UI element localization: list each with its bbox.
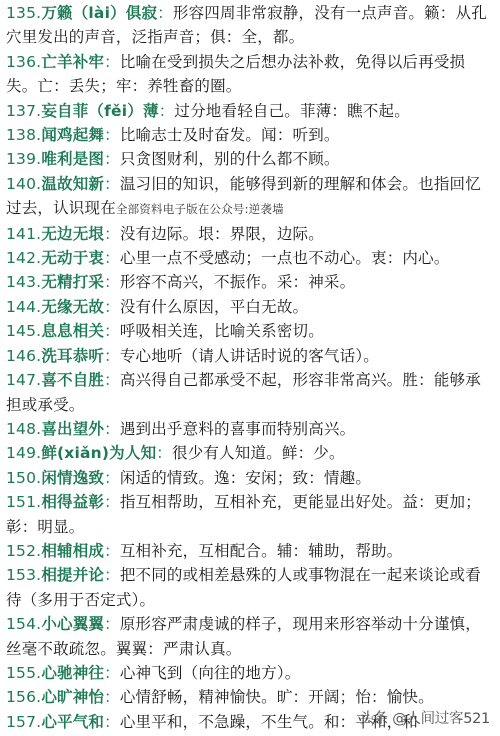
idiom-term: 心驰神往 xyxy=(41,664,104,682)
entry-number: 142. xyxy=(6,249,41,267)
colon: ： xyxy=(104,298,120,316)
list-item: 147.喜不自胜：高兴得自己都承受不起，形容非常高兴。胜：能够承担或承受。 xyxy=(6,368,494,417)
list-item: 149.鲜(xiǎn)为人知：很少有人知道。鲜：少。 xyxy=(6,441,494,465)
idiom-term: 温故知新 xyxy=(41,175,104,193)
idiom-term: 洗耳恭听 xyxy=(41,347,104,365)
list-item: 154.小心翼翼：原形容严肃虔诚的样子，现用来形容举动十分谨慎，丝毫不敢疏忽。翼… xyxy=(6,612,494,661)
list-item: 140.温故知新：温习旧的知识，能够得到新的理解和体会。也指回忆过去，认识现在全… xyxy=(6,172,494,222)
idiom-definition: 专心地听（请人讲话时说的客气话）。 xyxy=(120,347,379,365)
idiom-definition: 心情舒畅，精神愉快。旷：开阔；怡：愉快。 xyxy=(120,688,434,706)
list-item: 139.唯利是图：只贪图财利，别的什么都不顾。 xyxy=(6,147,494,171)
list-item: 155.心驰神往：心神飞到（向往的地方）。 xyxy=(6,661,494,685)
colon: ： xyxy=(104,420,120,438)
list-item: 151.相得益彰：指互相帮助，互相补充，更能显出好处。益：更加；彰：明显。 xyxy=(6,490,494,539)
idiom-term: 小心翼翼 xyxy=(41,615,104,633)
idiom-list: 135.万籁（lài）俱寂：形容四周非常寂静，没有一点声音。籁：从孔穴里发出的声… xyxy=(0,0,500,734)
list-item: 153.相提并论：把不同的或相差悬殊的人或事物混在一起来谈论或看待（多用于否定式… xyxy=(6,563,494,612)
idiom-definition: 过分地看轻自己。菲薄：瞧不起。 xyxy=(174,102,410,120)
colon: ： xyxy=(104,126,120,144)
idiom-term: 心旷神怡 xyxy=(41,688,104,706)
idiom-definition: 很少有人知道。鲜：少。 xyxy=(172,444,345,462)
idiom-definition: 心里一点不受感动；一点也不动心。衷：内心。 xyxy=(120,249,450,267)
colon: ： xyxy=(104,371,120,389)
idiom-definition: 没有什么原因，平白无故。 xyxy=(120,298,308,316)
idiom-definition: 心神飞到（向往的地方）。 xyxy=(120,664,301,682)
entry-number: 152. xyxy=(6,542,41,560)
colon: ： xyxy=(156,444,172,462)
entry-number: 144. xyxy=(6,298,41,316)
idiom-term: 相辅相成 xyxy=(41,542,104,560)
idiom-term: 相提并论 xyxy=(41,566,104,584)
idiom-term: 息息相关 xyxy=(41,322,104,340)
idiom-term: 无精打采 xyxy=(41,273,104,291)
entry-number: 135. xyxy=(6,4,41,22)
idiom-term: 相得益彰 xyxy=(41,493,104,511)
idiom-term: 闲情逸致 xyxy=(41,469,104,487)
entry-number: 153. xyxy=(6,566,41,584)
entry-number: 150. xyxy=(6,469,41,487)
idiom-term: 闻鸡起舞 xyxy=(41,126,104,144)
entry-number: 143. xyxy=(6,273,41,291)
colon: ： xyxy=(104,615,120,633)
colon: ： xyxy=(104,150,120,168)
entry-number: 148. xyxy=(6,420,41,438)
idiom-definition: 闲适的情致。逸：安闲；致：情趣。 xyxy=(120,469,371,487)
entry-number: 157. xyxy=(6,713,41,731)
entry-number: 141. xyxy=(6,225,41,243)
idiom-definition: 比喻志士及时奋发。闻：听到。 xyxy=(120,126,340,144)
colon: ： xyxy=(104,713,120,731)
entry-number: 140. xyxy=(6,175,41,193)
colon: ： xyxy=(104,249,120,267)
list-item: 148.喜出望外：遇到出乎意料的喜事而特别高兴。 xyxy=(6,417,494,441)
colon: ： xyxy=(104,493,120,511)
entry-number: 154. xyxy=(6,615,41,633)
idiom-term: 心平气和 xyxy=(41,713,104,731)
entry-number: 136. xyxy=(6,53,41,71)
list-item: 152.相辅相成：互相补充，互相配合。辅：辅助，帮助。 xyxy=(6,539,494,563)
idiom-definition: 呼吸相关连，比喻关系密切。 xyxy=(120,322,324,340)
list-item: 150.闲情逸致：闲适的情致。逸：安闲；致：情趣。 xyxy=(6,466,494,490)
colon: ： xyxy=(104,175,120,193)
entry-number: 139. xyxy=(6,150,41,168)
colon: ： xyxy=(104,664,120,682)
colon: ： xyxy=(104,225,120,243)
idiom-term: 亡羊补牢 xyxy=(41,53,104,71)
inline-watermark: 全部资料电子版在公众号:逆袭墙 xyxy=(116,202,284,216)
entry-number: 138. xyxy=(6,126,41,144)
idiom-term: 无边无垠 xyxy=(41,225,104,243)
entry-number: 156. xyxy=(6,688,41,706)
colon: ： xyxy=(104,469,120,487)
idiom-term: 无缘无故 xyxy=(41,298,104,316)
list-item: 145.息息相关：呼吸相关连，比喻关系密切。 xyxy=(6,319,494,343)
idiom-term: 无动于衷 xyxy=(41,249,104,267)
idiom-term: 喜不自胜 xyxy=(41,371,104,389)
colon: ： xyxy=(104,347,120,365)
idiom-definition: 形容不高兴，不振作。采：神采。 xyxy=(120,273,356,291)
idiom-term: 鲜(xiǎn)为人知 xyxy=(41,444,156,462)
idiom-definition: 没有边际。垠：界限，边际。 xyxy=(120,225,324,243)
entry-number: 151. xyxy=(6,493,41,511)
list-item: 135.万籁（lài）俱寂：形容四周非常寂静，没有一点声音。籁：从孔穴里发出的声… xyxy=(6,1,494,50)
entry-number: 147. xyxy=(6,371,41,389)
list-item: 141.无边无垠：没有边际。垠：界限，边际。 xyxy=(6,222,494,246)
idiom-definition: 遇到出乎意料的喜事而特别高兴。 xyxy=(120,420,356,438)
source-watermark: 头条 @人间过客521 xyxy=(360,707,491,728)
colon: ： xyxy=(104,566,120,584)
colon: ： xyxy=(157,4,173,22)
entry-number: 155. xyxy=(6,664,41,682)
entry-number: 145. xyxy=(6,322,41,340)
list-item: 143.无精打采：形容不高兴，不振作。采：神采。 xyxy=(6,270,494,294)
entry-number: 137. xyxy=(6,102,41,120)
entry-number: 146. xyxy=(6,347,41,365)
colon: ： xyxy=(104,53,120,71)
colon: ： xyxy=(104,273,120,291)
idiom-term: 妄自菲（fěi）薄 xyxy=(41,102,158,120)
entry-number: 149. xyxy=(6,444,41,462)
colon: ： xyxy=(104,322,120,340)
idiom-definition: 只贪图财利，别的什么都不顾。 xyxy=(120,150,340,168)
list-item: 138.闻鸡起舞：比喻志士及时奋发。闻：听到。 xyxy=(6,123,494,147)
list-item: 136.亡羊补牢：比喻在受到损失之后想办法补救，免得以后再受损失。亡：丢失；牢：… xyxy=(6,50,494,99)
list-item: 142.无动于衷：心里一点不受感动；一点也不动心。衷：内心。 xyxy=(6,246,494,270)
idiom-term: 唯利是图 xyxy=(41,150,104,168)
colon: ： xyxy=(159,102,175,120)
list-item: 146.洗耳恭听：专心地听（请人讲话时说的客气话）。 xyxy=(6,344,494,368)
list-item: 144.无缘无故：没有什么原因，平白无故。 xyxy=(6,295,494,319)
idiom-term: 喜出望外 xyxy=(41,420,104,438)
idiom-term: 万籁（lài）俱寂 xyxy=(41,4,157,22)
colon: ： xyxy=(104,542,120,560)
idiom-definition: 互相补充，互相配合。辅：辅助，帮助。 xyxy=(120,542,403,560)
list-item: 137.妄自菲（fěi）薄：过分地看轻自己。菲薄：瞧不起。 xyxy=(6,99,494,123)
colon: ： xyxy=(104,688,120,706)
